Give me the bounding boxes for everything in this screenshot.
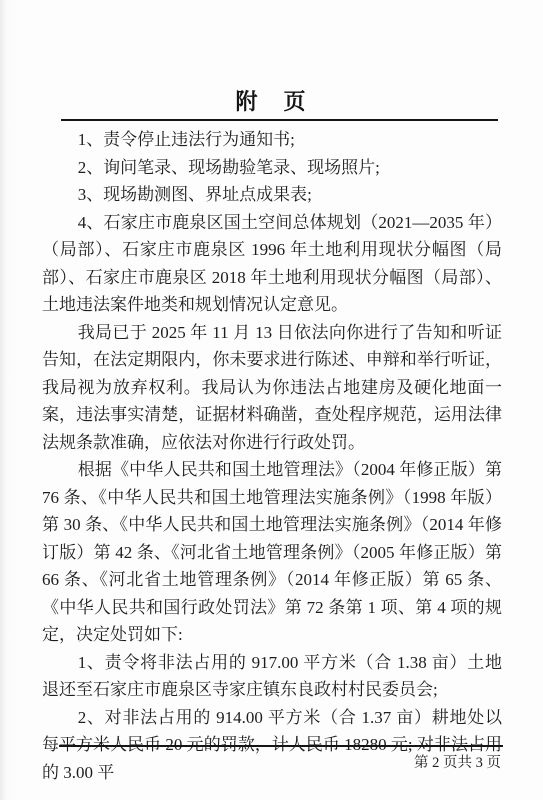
paragraph-notification: 我局已于 2025 年 11 月 13 日依法向你进行了告知和听证告知，在法定期… (42, 319, 502, 457)
page-title: 附 页 (0, 85, 543, 116)
paragraph-legal-basis: 根据《中华人民共和国土地管理法》（2004 年修正版）第 76 条、《中华人民共… (42, 456, 502, 649)
attachment-item: 2、询问笔录、现场勘验笔录、现场照片; (42, 154, 502, 182)
attachment-item: 3、现场勘测图、界址点成果表; (42, 181, 502, 209)
attachment-item: 1、责令停止违法行为通知书; (42, 126, 502, 154)
header-rule (61, 119, 498, 121)
page-number: 第 2 页共 3 页 (414, 751, 501, 772)
attachment-item: 4、石家庄市鹿泉区国土空间总体规划（2021—2035 年）（局部）、石家庄市鹿… (42, 209, 502, 319)
document-body: 1、责令停止违法行为通知书; 2、询问笔录、现场勘验笔录、现场照片; 3、现场勘… (42, 126, 502, 786)
document-page: 附 页 1、责令停止违法行为通知书; 2、询问笔录、现场勘验笔录、现场照片; 3… (0, 0, 543, 800)
footer-rule (59, 745, 503, 747)
paragraph-penalty-item-1: 1、责令将非法占用的 917.00 平方米（合 1.38 亩）土地退还至石家庄市… (42, 649, 502, 704)
